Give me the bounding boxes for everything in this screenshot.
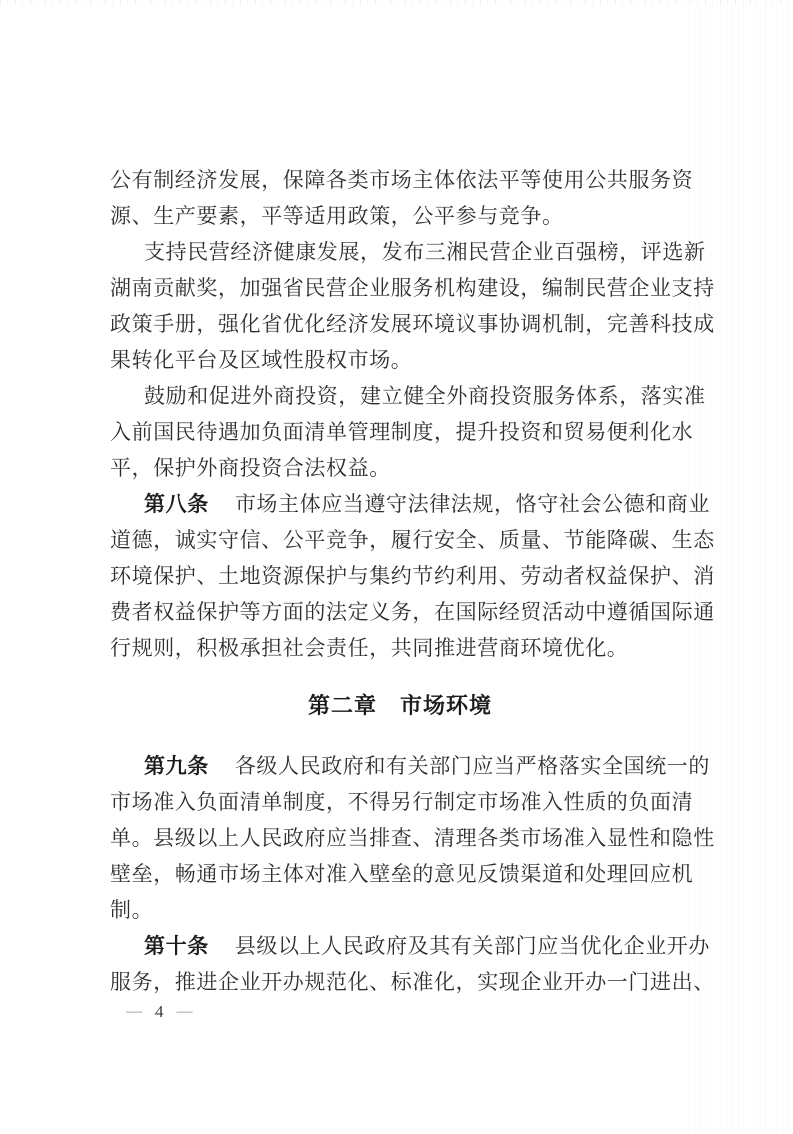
body-line: 公有制经济发展，保障各类市场主体依法平等使用公共服务资: [110, 162, 690, 198]
body-line: 入前国民待遇加负面清单管理制度，提升投资和贸易便利化水: [110, 414, 690, 450]
body-line: 平，保护外商投资合法权益。: [110, 450, 690, 486]
article-10-line: 第十条县级以上人民政府及其有关部门应当优化企业开办: [110, 928, 690, 964]
body-line: 市场准入负面清单制度，不得另行制定市场准入性质的负面清: [110, 784, 690, 820]
body-line: 支持民营经济健康发展，发布三湘民营企业百强榜，评选新: [110, 234, 690, 270]
footer-dash-right: —: [177, 1003, 193, 1021]
document-body: 公有制经济发展，保障各类市场主体依法平等使用公共服务资 源、生产要素，平等适用政…: [110, 162, 690, 1000]
body-line: 源、生产要素，平等适用政策，公平参与竞争。: [110, 198, 690, 234]
article-8-line: 第八条市场主体应当遵守法律法规，恪守社会公德和商业: [110, 486, 690, 522]
body-line: 行规则，积极承担社会责任，共同推进营商环境优化。: [110, 630, 690, 666]
body-line: 制。: [110, 892, 690, 928]
chapter-heading: 第二章 市场环境: [110, 688, 690, 724]
article-10-number: 第十条: [144, 934, 209, 958]
body-line: 壁垒，畅通市场主体对准入壁垒的意见反馈渠道和处理回应机: [110, 856, 690, 892]
article-9-line: 第九条各级人民政府和有关部门应当严格落实全国统一的: [110, 748, 690, 784]
body-line: 环境保护、土地资源保护与集约节约利用、劳动者权益保护、消: [110, 558, 690, 594]
body-line: 费者权益保护等方面的法定义务，在国际经贸活动中遵循国际通: [110, 594, 690, 630]
body-line: 道德，诚实守信、公平竞争，履行安全、质量、节能降碳、生态: [110, 522, 690, 558]
page-number: 4: [155, 1002, 164, 1022]
body-line: 果转化平台及区域性股权市场。: [110, 342, 690, 378]
body-line: 服务，推进企业开办规范化、标准化，实现企业开办一门进出、: [110, 964, 690, 1000]
scanned-document-page: 公有制经济发展，保障各类市场主体依法平等使用公共服务资 源、生产要素，平等适用政…: [0, 0, 793, 1134]
body-line: 湖南贡献奖，加强省民营企业服务机构建设，编制民营企业支持: [110, 270, 690, 306]
body-line: 政策手册，强化省优化经济发展环境议事协调机制，完善科技成: [110, 306, 690, 342]
footer-dash-left: —: [126, 1003, 142, 1021]
body-line: 鼓励和促进外商投资，建立健全外商投资服务体系，落实准: [110, 378, 690, 414]
scan-artifact-top-edge: [0, 0, 793, 5]
body-line: 单。县级以上人民政府应当排查、清理各类市场准入显性和隐性: [110, 820, 690, 856]
page-footer: — 4 —: [126, 1002, 193, 1022]
article-8-number: 第八条: [144, 492, 209, 516]
article-9-number: 第九条: [144, 754, 209, 778]
